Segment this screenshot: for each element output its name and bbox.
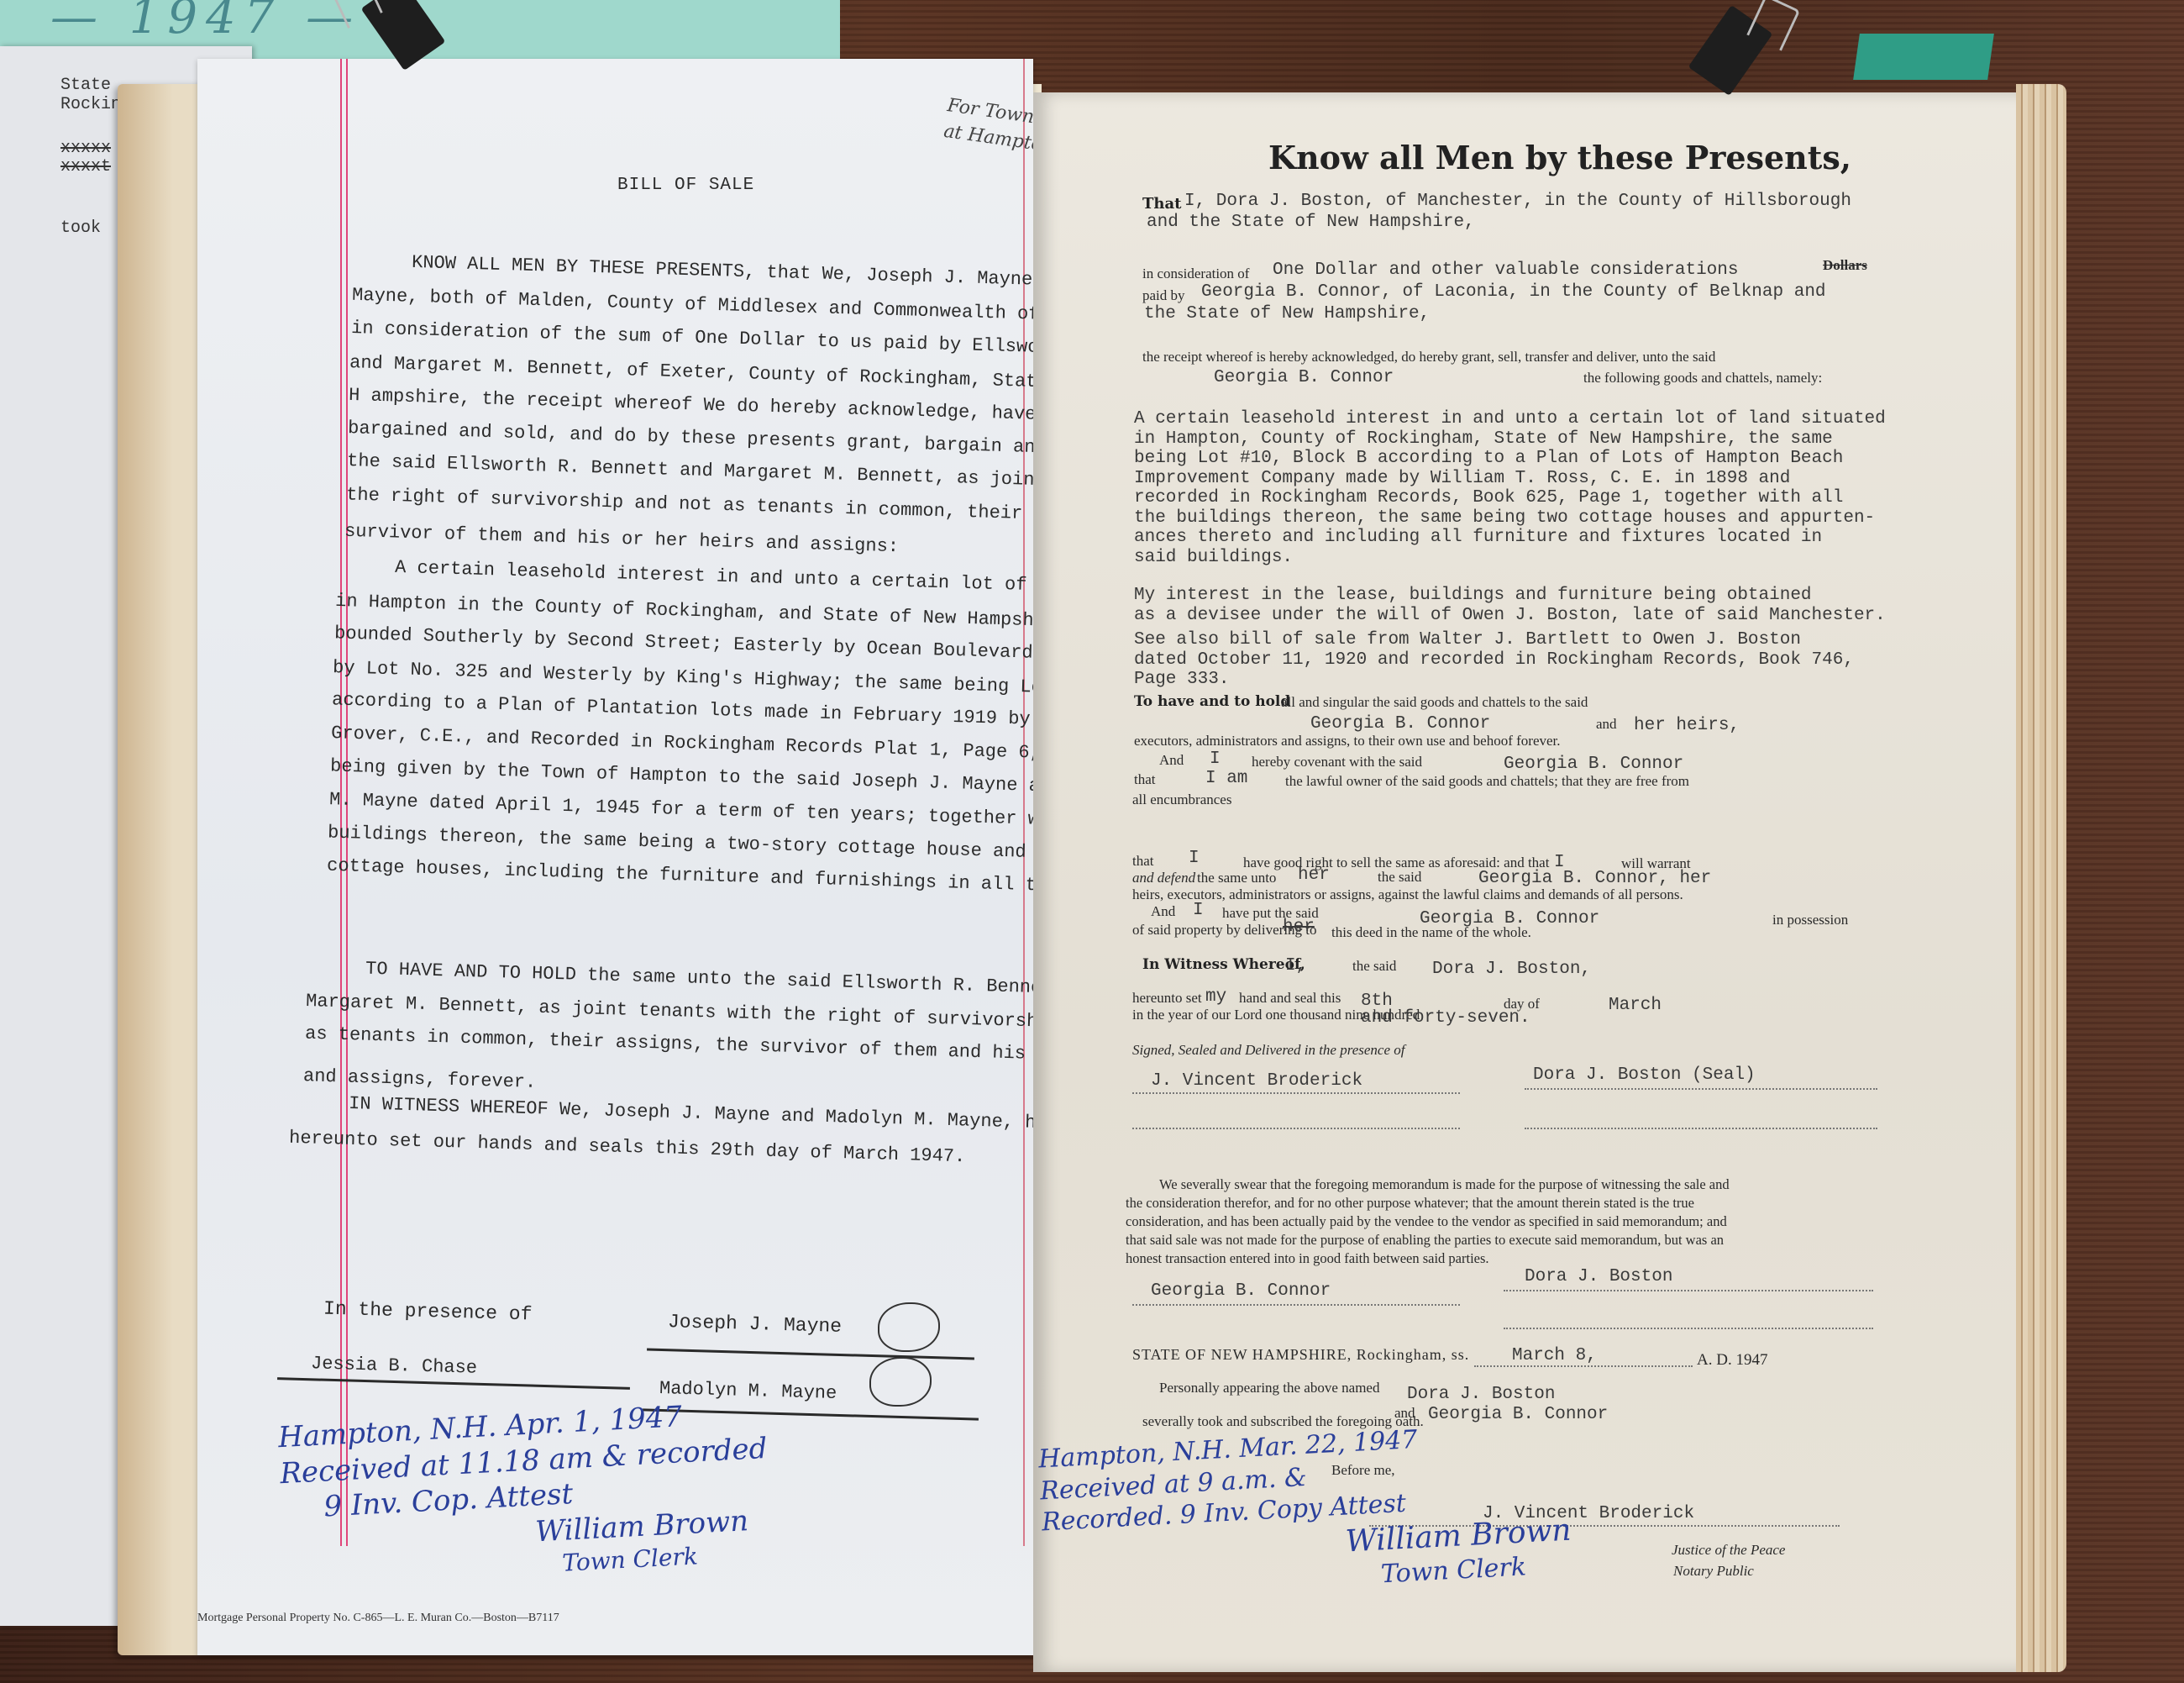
grantee-name: Georgia B. Connor (1214, 368, 1394, 387)
possession-i: I (1193, 901, 1204, 920)
back-page-line: xxxxt (60, 157, 111, 176)
oath-line: We severally swear that the foregoing me… (1159, 1176, 1730, 1193)
back-page-line: xxxxx (60, 139, 111, 158)
seal-mark (878, 1302, 940, 1352)
description-line: the buildings thereon, the same being tw… (1134, 508, 1875, 528)
paid-by-line: the State of New Hampshire, (1144, 304, 1430, 323)
signature-line (1504, 1290, 1873, 1291)
witness-year: and forty-seven. (1361, 1008, 1530, 1028)
same-unto: the same unto (1197, 870, 1276, 886)
grantor-signature: Dora J. Boston (Seal) (1533, 1065, 1756, 1085)
paid-by-label: paid by (1142, 287, 1185, 304)
paragraph-line: survivor of them and his or her heirs an… (344, 523, 899, 556)
appearing-text: Personally appearing the above named (1159, 1380, 1379, 1396)
signature-line (1132, 1128, 1460, 1129)
bill-of-sale-sheet: For Town at Hampton BILL OF SALE KNOW AL… (197, 59, 1033, 1655)
interest-line: as a devisee under the will of Owen J. B… (1134, 606, 1886, 625)
covenant-text: hereby covenant with the said (1252, 754, 1422, 770)
see-also-line: dated October 11, 1920 and recorded in R… (1134, 650, 1854, 670)
signature-line (647, 1349, 974, 1360)
the-said: the said (1378, 869, 1421, 886)
oath-line: that said sale was not made for the purp… (1126, 1232, 1724, 1249)
signed-label: Signed, Sealed and Delivered in the pres… (1132, 1042, 1404, 1059)
habendum-label: To have and to hold (1134, 693, 1290, 710)
teal-page-tab (1853, 34, 1994, 80)
witness-clause-name: Dora J. Boston, (1432, 960, 1591, 979)
presence-label: In the presence of (323, 1300, 533, 1325)
warranty-heirs-text: heirs, executors, administrators or assi… (1132, 886, 1683, 903)
paragraph-line: hereunto set our hands and seals this 29… (289, 1128, 966, 1165)
back-page-line: State (60, 76, 111, 95)
interest-line: My interest in the lease, buildings and … (1134, 586, 1812, 605)
signature-line (1132, 1092, 1460, 1094)
signature-line (1525, 1128, 1877, 1129)
signature-line (1525, 1088, 1877, 1090)
executors-text: executors, administrators and assigns, t… (1134, 733, 1561, 749)
covenant-and: And (1159, 752, 1184, 769)
oath-signer-left: Georgia B. Connor (1151, 1281, 1331, 1301)
witness-signature-line (277, 1377, 630, 1390)
bill-of-sale-title: BILL OF SALE (617, 176, 754, 194)
description-line: being Lot #10, Block B according to a Pl… (1134, 449, 1843, 468)
printer-imprint: Mortgage Personal Property No. C-865—L. … (197, 1612, 559, 1625)
witness-clause-label: In Witness Whereof, (1142, 956, 1305, 973)
recording-note-left: Hampton, N.H. Apr. 1, 1947 Received at 1… (277, 1395, 774, 1592)
and-label: and (1596, 716, 1617, 733)
back-page-line: Rockin (60, 95, 121, 114)
description-line: ances thereto and including all furnitur… (1134, 528, 1822, 547)
deed-text: this deed in the name of the whole. (1331, 924, 1531, 941)
covenant-i: I (1210, 749, 1221, 769)
warranty-grantee: Georgia B. Connor, her (1478, 869, 1711, 888)
possession-and: And (1151, 903, 1175, 920)
covenant-i-am: I am (1205, 769, 1247, 788)
back-page-line: took (60, 218, 101, 238)
oath-line: the consideration therefor, and for no o… (1126, 1195, 1694, 1212)
venue-date: March 8, (1512, 1346, 1597, 1365)
owner-text: the lawful owner of the said goods and c… (1285, 773, 1689, 790)
paragraph-line: IN WITNESS WHEREOF We, Joseph J. Mayne a… (349, 1095, 1069, 1133)
witness-my: my (1205, 987, 1226, 1007)
witness-name: Jessia B. Chase (311, 1354, 478, 1378)
recording-note-right: Hampton, N.H. Mar. 22, 1947 Received at … (1037, 1417, 1573, 1608)
description-line: in Hampton, County of Rockingham, State … (1134, 429, 1833, 449)
deed-heading: Know all Men by these Presents, (1268, 139, 1851, 176)
signer-joseph: Joseph J. Mayne (668, 1312, 843, 1337)
oath-line: honest transaction entered into in good … (1126, 1250, 1489, 1267)
witness-month: March (1609, 996, 1662, 1015)
grantor-line: and the State of New Hampshire, (1147, 213, 1475, 232)
see-also-line: Page 333. (1134, 670, 1229, 689)
receipt-text: the receipt whereof is hereby acknowledg… (1142, 349, 1715, 366)
attesting-witness: J. Vincent Broderick (1151, 1071, 1362, 1091)
description-line: Improvement Company made by William T. R… (1134, 469, 1790, 488)
covenant-grantee: Georgia B. Connor (1504, 755, 1683, 774)
habendum-grantee: Georgia B. Connor (1310, 714, 1490, 734)
oath-signer-right: Dora J. Boston (1525, 1267, 1672, 1286)
notary-title: Justice of the Peace (1672, 1542, 1785, 1559)
in-possession: in possession (1772, 912, 1848, 928)
warranty-i: I (1189, 849, 1200, 868)
paragraph-line: and assigns, forever. (303, 1067, 537, 1092)
paid-by-line: Georgia B. Connor, of Laconia, in the Co… (1201, 282, 1826, 302)
possession-her: her (1283, 918, 1315, 937)
paragraph-line: TO HAVE AND TO HOLD the same unto the sa… (365, 960, 1109, 1000)
oath-line: consideration, and has been actually pai… (1126, 1213, 1727, 1230)
habendum-text: all and singular the said goods and chat… (1281, 694, 1588, 711)
witness-clause-i: I, (1285, 956, 1306, 976)
description-line: recorded in Rockingham Records, Book 625… (1134, 488, 1843, 508)
heirs: her heirs, (1634, 716, 1740, 735)
seal-mark (869, 1357, 932, 1407)
consideration-value: One Dollar and other valuable considerat… (1273, 260, 1739, 280)
signature-line (1504, 1328, 1873, 1329)
warranty-her: her (1298, 865, 1330, 885)
hereunto-set: hereunto set (1132, 990, 1202, 1007)
book-fore-edge (2016, 84, 2066, 1672)
warranty-that: that (1132, 853, 1154, 870)
date-line (1474, 1365, 1693, 1367)
consideration-label: in consideration of (1142, 266, 1249, 282)
venue: STATE OF NEW HAMPSHIRE, Rockingham, ss. (1132, 1346, 1469, 1364)
goods-label: the following goods and chattels, namely… (1583, 370, 1822, 387)
the-said-label: the said (1352, 958, 1396, 975)
appearing-name-1: Dora J. Boston (1407, 1385, 1555, 1404)
description-line: A certain leasehold interest in and unto… (1134, 409, 1886, 429)
venue-year: A. D. 1947 (1697, 1351, 1767, 1370)
notary-title: Notary Public (1673, 1563, 1754, 1580)
encumbrances: all encumbrances (1132, 792, 1231, 808)
deed-page: Know all Men by these Presents, That I, … (1033, 92, 2024, 1672)
covenant-that: that (1134, 771, 1156, 788)
and-defend: and defend (1132, 870, 1195, 886)
description-line: said buildings. (1134, 548, 1293, 567)
signature-line (1132, 1304, 1460, 1306)
see-also-line: See also bill of sale from Walter J. Bar… (1134, 630, 1801, 650)
grantor-line: I, Dora J. Boston, of Manchester, in the… (1184, 192, 1851, 211)
hand-seal-this: hand and seal this (1239, 990, 1341, 1007)
dollars-struck: Dollars (1823, 257, 1867, 274)
that-label: That (1142, 195, 1181, 213)
